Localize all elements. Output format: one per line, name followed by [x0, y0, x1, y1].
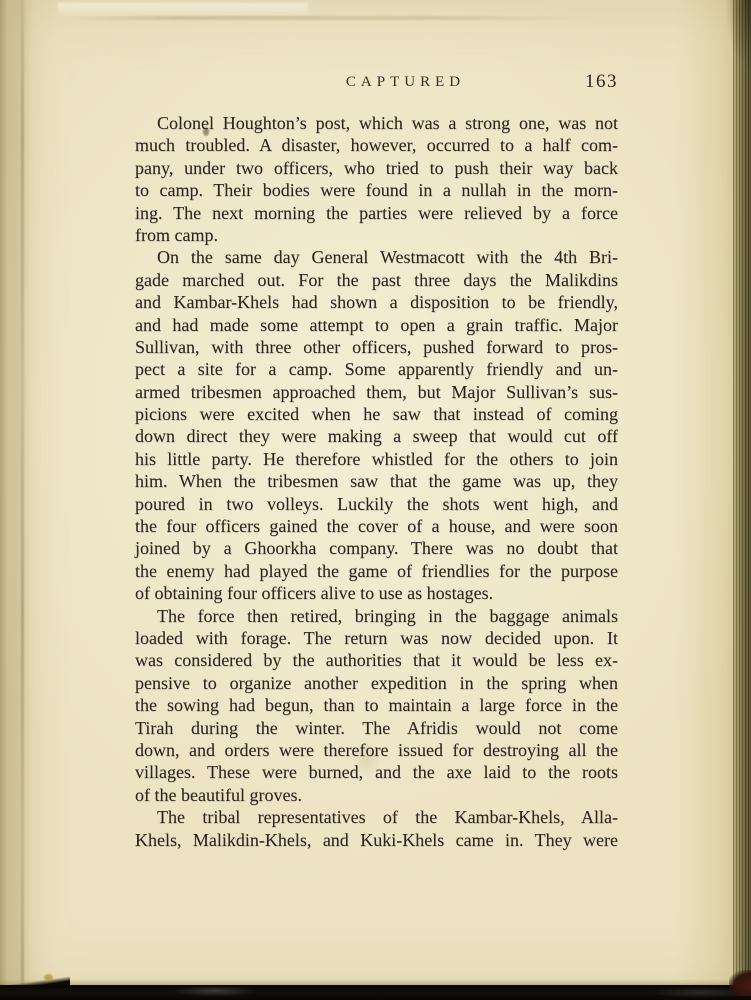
text-line: The force then retired, bringing in the …: [135, 605, 618, 627]
text-line: Sullivan, with three other officers, pus…: [135, 336, 618, 358]
paper-speck: [44, 974, 53, 981]
text-line: of the beautiful groves.: [135, 784, 618, 806]
text-line: from camp.: [135, 224, 618, 246]
text-line: to camp. Their bodies were found in a nu…: [135, 179, 618, 201]
text-line: and had made some attempt to open a grai…: [135, 314, 618, 336]
text-line: the four officers gained the cover of a …: [135, 515, 618, 537]
text-line: the enemy had played the game of friendl…: [135, 560, 618, 582]
text-line: pect a site for a camp. Some apparently …: [135, 358, 618, 380]
text-line: down direct they were making a sweep tha…: [135, 425, 618, 447]
right-edge-top-shadow: [725, 0, 751, 70]
body-text: Colonel Houghton’s post, which was a str…: [135, 112, 618, 851]
book-cover-corner: [729, 970, 751, 996]
running-header: CAPTURED 163: [135, 74, 618, 92]
text-line: joined by a Ghoorkha company. There was …: [135, 537, 618, 559]
text-line: gade marched out. For the past three day…: [135, 269, 618, 291]
running-header-title: CAPTURED: [164, 74, 647, 91]
text-line: and Kambar-Khels had shown a disposition…: [135, 291, 618, 313]
text-line: the sowing had begun, than to maintain a…: [135, 694, 618, 716]
top-scan-streak-light: [58, 3, 308, 17]
text-line: was considered by the authorities that i…: [135, 649, 618, 671]
top-scan-streak-dark: [70, 16, 590, 20]
text-line: his little party. He therefore whistled …: [135, 448, 618, 470]
text-line: poured in two volleys. Luckily the shots…: [135, 493, 618, 515]
text-line: down, and orders were therefore issued f…: [135, 739, 618, 761]
text-line: villages. These were burned, and the axe…: [135, 761, 618, 783]
text-line: Khels, Malikdin-Khels, and Kuki-Khels ca…: [135, 829, 618, 851]
text-line: picions were excited when he saw that in…: [135, 403, 618, 425]
printed-text-block: CAPTURED 163 Colonel Houghton’s post, wh…: [135, 74, 618, 851]
text-line: The tribal representatives of the Kambar…: [135, 806, 618, 828]
right-page-edge-stack: [733, 0, 751, 1000]
text-line: On the same day General Westmacott with …: [135, 246, 618, 268]
text-line: Colonel Houghton’s post, which was a str…: [135, 112, 618, 134]
text-line: armed tribesmen approached them, but Maj…: [135, 381, 618, 403]
page-number: 163: [585, 71, 618, 93]
page-crease-line: [21, 0, 24, 984]
text-line: of obtaining four officers alive to use …: [135, 582, 618, 604]
bottom-black-band: [0, 985, 751, 1000]
text-line: much troubled. A disaster, however, occu…: [135, 134, 618, 156]
text-line: pany, under two officers, who tried to p…: [135, 157, 618, 179]
text-line: loaded with forage. The return was now d…: [135, 627, 618, 649]
text-line: him. When the tribesmen saw that the gam…: [135, 470, 618, 492]
text-line: ing. The next morning the parties were r…: [135, 202, 618, 224]
text-line: pensive to organize another expedition i…: [135, 672, 618, 694]
text-line: Tirah during the winter. The Afridis wou…: [135, 717, 618, 739]
gutter-shadow: [0, 0, 40, 986]
